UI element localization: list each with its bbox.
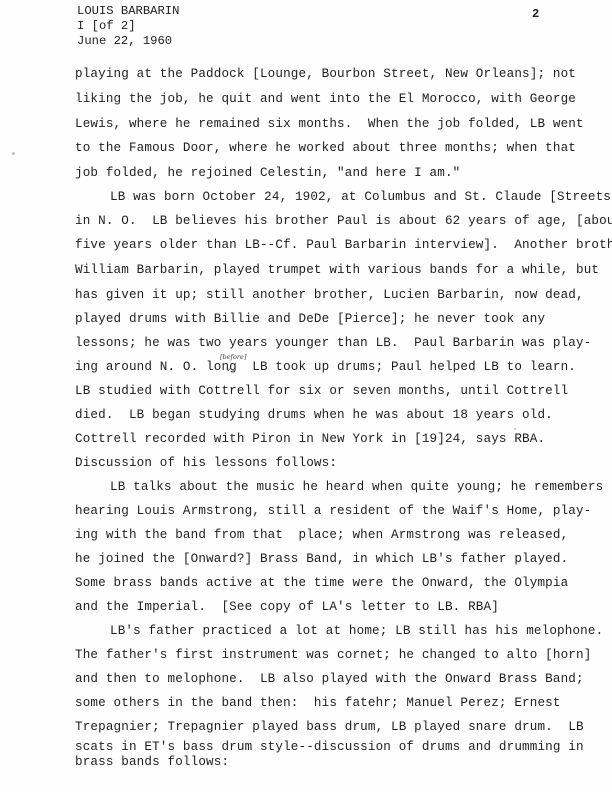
text-line: Cottrell recorded with Piron in New York… xyxy=(75,432,545,446)
text-line: in N. O. LB believes his brother Paul is… xyxy=(75,214,612,228)
page-number: 2 xyxy=(532,7,539,21)
text-line: LB studied with Cottrell for six or seve… xyxy=(75,384,568,398)
text-line-indented: LB's father practiced a lot at home; LB … xyxy=(110,624,603,638)
text-line: died. LB began studying drums when he wa… xyxy=(75,408,553,422)
text-line-indented: LB talks about the music he heard when q… xyxy=(110,480,603,494)
text-line: ing around N. O. long LB took up drums; … xyxy=(75,360,576,374)
text-line: The father's first instrument was cornet… xyxy=(75,648,591,662)
text-line: hearing Louis Armstrong, still a residen… xyxy=(75,504,591,518)
text-line: some others in the band then: his fatehr… xyxy=(75,696,561,710)
handwritten-insert-annotation: [before] xyxy=(220,353,246,361)
text-line: lessons; he was two years younger than L… xyxy=(75,336,591,350)
text-line: and the Imperial. [See copy of LA's lett… xyxy=(75,600,499,614)
insertion-caret-mark: ^ xyxy=(226,366,235,379)
text-line-indented: LB was born October 24, 1902, at Columbu… xyxy=(110,190,612,204)
scan-speck xyxy=(514,428,516,430)
text-line: job folded, he rejoined Celestin, "and h… xyxy=(75,166,460,180)
document-page: LOUIS BARBARIN I [of 2] June 22, 1960 2 … xyxy=(0,0,612,792)
page-header: LOUIS BARBARIN I [of 2] June 22, 1960 xyxy=(77,4,179,49)
scan-speck xyxy=(12,152,15,155)
text-line: five years older than LB--Cf. Paul Barba… xyxy=(75,238,612,252)
text-line: William Barbarin, played trumpet with va… xyxy=(75,263,599,277)
text-line: brass bands follows: xyxy=(75,755,229,769)
interviewee-name: LOUIS BARBARIN xyxy=(77,4,179,19)
text-line: Trepagnier; Trepagnier played bass drum,… xyxy=(75,720,584,734)
text-line: Lewis, where he remained six months. Whe… xyxy=(75,117,584,131)
text-line: Some brass bands active at the time were… xyxy=(75,576,568,590)
text-line: Discussion of his lessons follows: xyxy=(75,456,337,470)
text-line: scats in ET's bass drum style--discussio… xyxy=(75,740,584,754)
text-line: has given it up; still another brother, … xyxy=(75,288,584,302)
text-line: he joined the [Onward?] Brass Band, in w… xyxy=(75,552,568,566)
reel-label: I [of 2] xyxy=(77,19,179,34)
text-line: to the Famous Door, where he worked abou… xyxy=(75,141,576,155)
text-line: liking the job, he quit and went into th… xyxy=(75,92,576,106)
text-line: and then to melophone. LB also played wi… xyxy=(75,672,584,686)
text-line: ing with the band from that place; when … xyxy=(75,528,568,542)
text-line: played drums with Billie and DeDe [Pierc… xyxy=(75,312,545,326)
text-line: playing at the Paddock [Lounge, Bourbon … xyxy=(75,67,576,81)
interview-date: June 22, 1960 xyxy=(77,34,179,49)
